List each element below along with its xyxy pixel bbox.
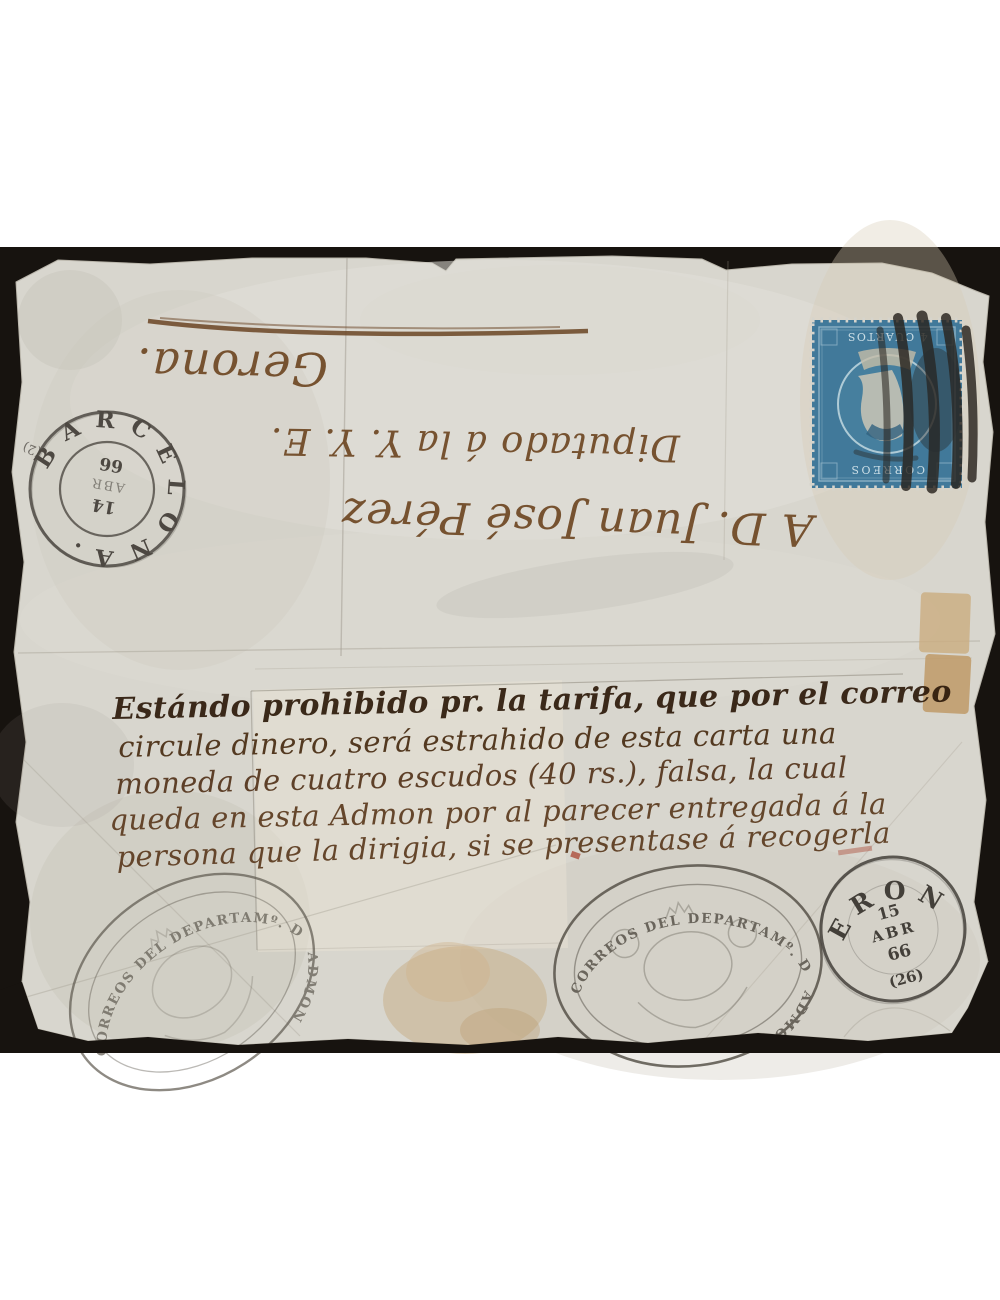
- svg-text:14: 14: [91, 494, 118, 518]
- cover-artwork: BARCELONA. 14 ABR 66 (2) CORREOS DEL DEP…: [0, 0, 1000, 1300]
- svg-text:66: 66: [98, 452, 125, 476]
- stamp-value-inscription: 4 CUARTOS: [846, 330, 927, 343]
- photo-of-postal-cover: BARCELONA. 14 ABR 66 (2) CORREOS DEL DEP…: [0, 0, 1000, 1300]
- pasted-label-area: [253, 680, 568, 952]
